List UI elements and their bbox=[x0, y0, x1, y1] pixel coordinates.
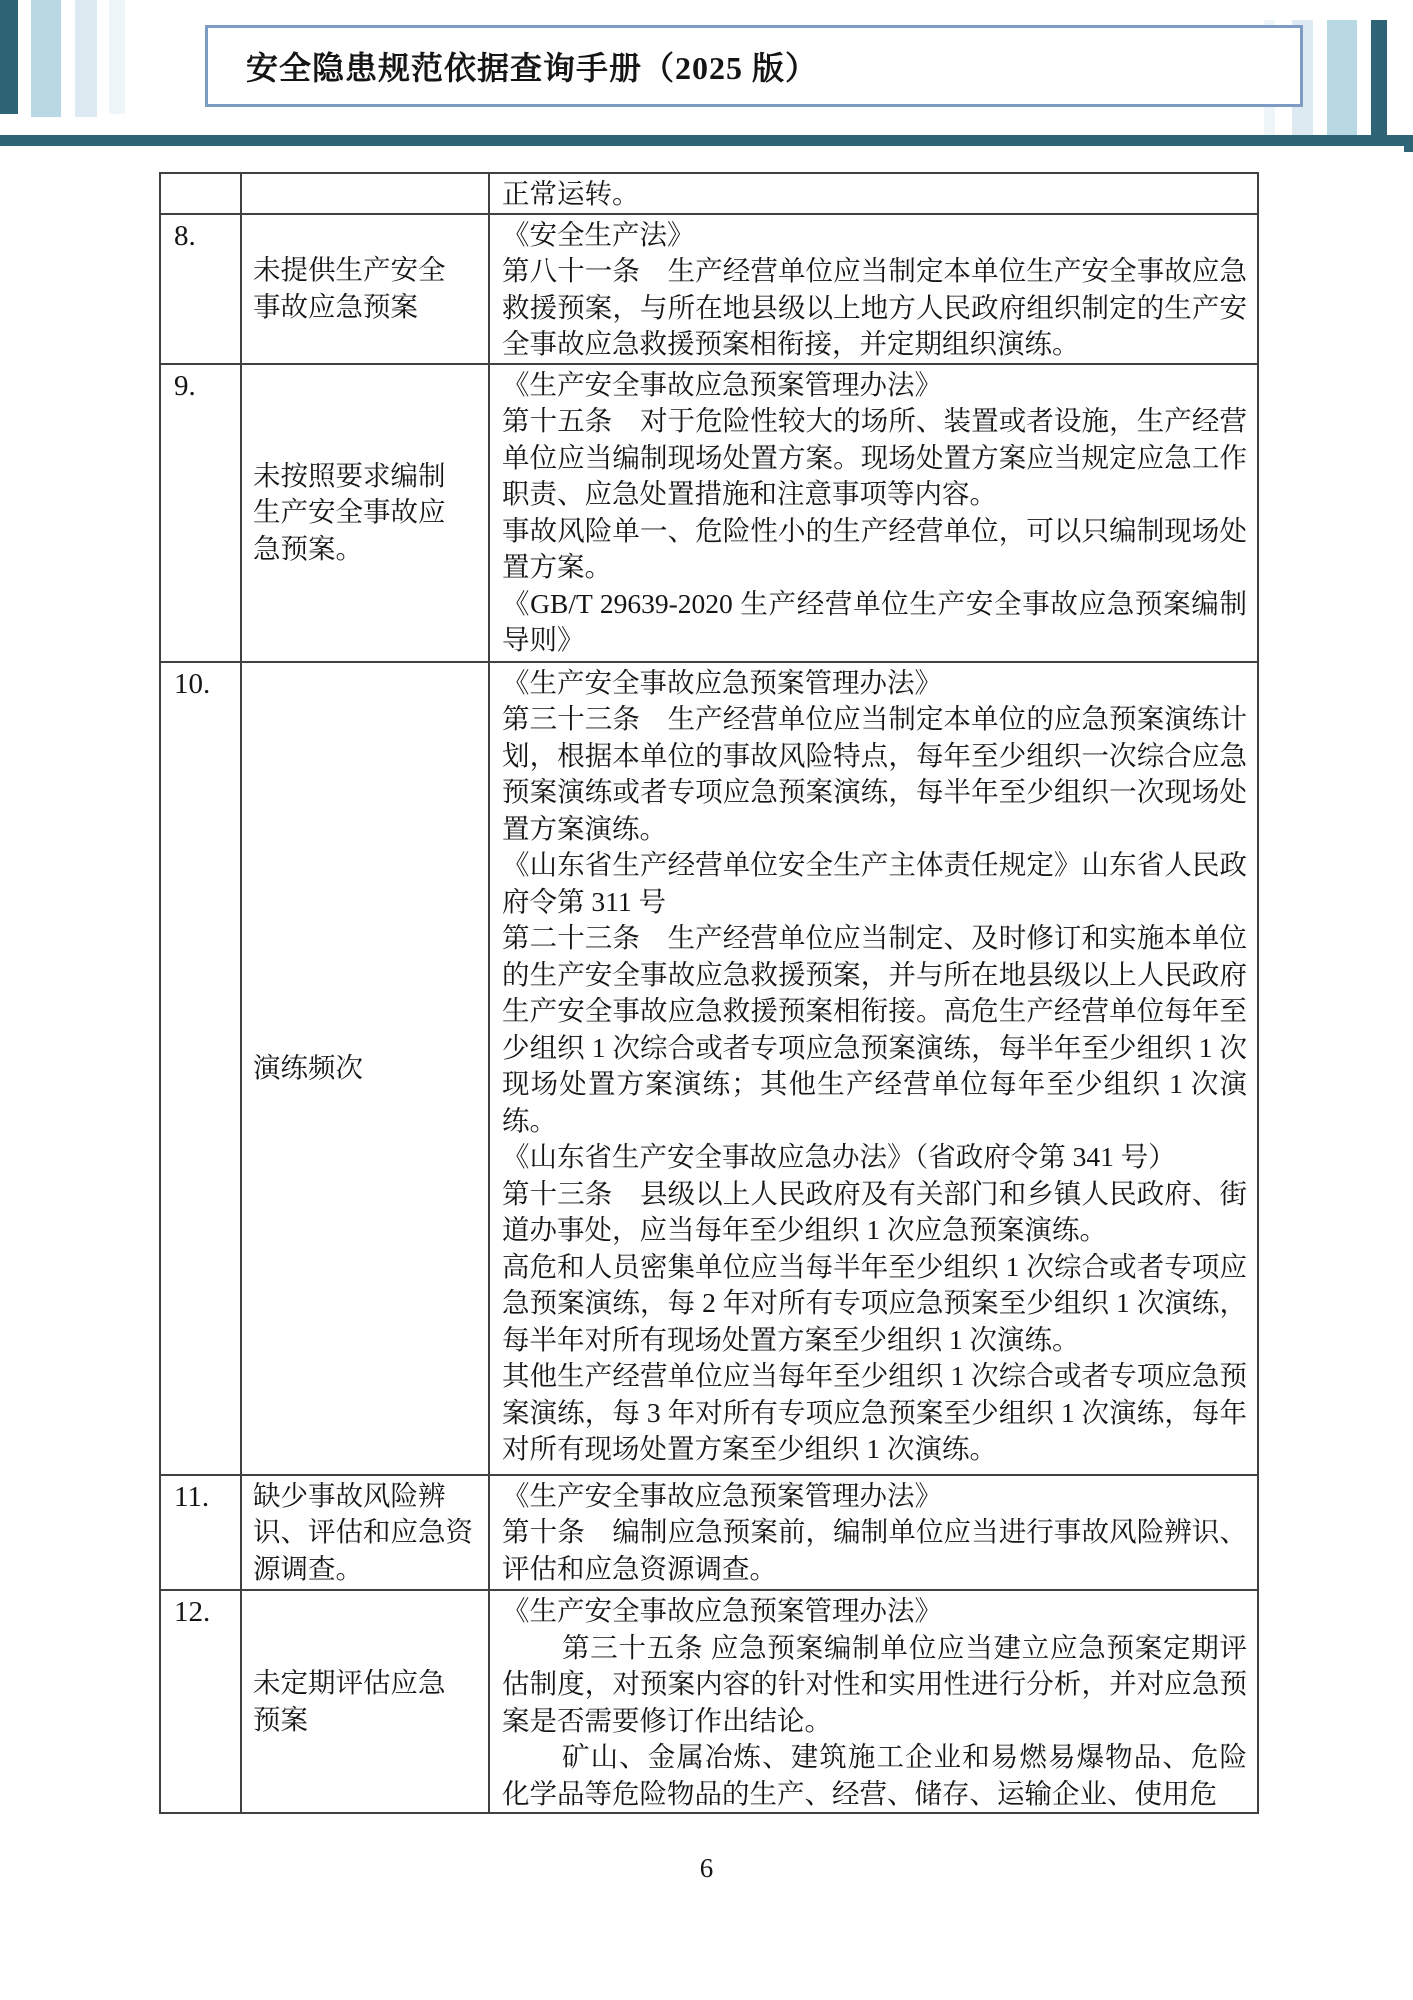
hazard-cell: 未按照要求编制 生产安全事故应 急预案。 bbox=[241, 364, 489, 662]
row-number-cell: 12. bbox=[160, 1590, 241, 1813]
header-title-box: 安全隐患规范依据查询手册（2025 版） bbox=[205, 25, 1303, 107]
basis-paragraph: 《安全生产法》 bbox=[502, 217, 1247, 254]
basis-paragraph: 其他生产经营单位应当每年至少组织 1 次综合或者专项应急预案演练，每 3 年对所… bbox=[502, 1358, 1247, 1468]
basis-paragraph: 《山东省生产安全事故应急办法》（省政府令第 341 号） bbox=[502, 1139, 1247, 1176]
basis-paragraph: 第三十五条 应急预案编制单位应当建立应急预案定期评估制度，对预案内容的针对性和实… bbox=[502, 1630, 1247, 1740]
basis-paragraph: 《GB/T 29639-2020 生产经营单位生产安全事故应急预案编制导则》 bbox=[502, 586, 1247, 659]
deco-stripe-lightblue-left bbox=[75, 0, 97, 117]
table-row: 12. 未定期评估应急 预案 《生产安全事故应急预案管理办法》 第三十五条 应急… bbox=[160, 1590, 1258, 1813]
deco-stripe-teal-right bbox=[1371, 20, 1387, 135]
deco-stripe-blue-right bbox=[1327, 20, 1357, 135]
basis-paragraph: 《生产安全事故应急预案管理办法》 bbox=[502, 1593, 1247, 1630]
row-number-cell: 9. bbox=[160, 364, 241, 662]
basis-paragraph: 《生产安全事故应急预案管理办法》 bbox=[502, 367, 1247, 404]
table-row: 9. 未按照要求编制 生产安全事故应 急预案。 《生产安全事故应急预案管理办法》… bbox=[160, 364, 1258, 662]
deco-stripe-faint-left bbox=[109, 0, 125, 114]
basis-paragraph: 高危和人员密集单位应当每半年至少组织 1 次综合或者专项应急预案演练，每 2 年… bbox=[502, 1249, 1247, 1359]
row-number-cell: 8. bbox=[160, 214, 241, 364]
basis-cell: 《生产安全事故应急预案管理办法》 第十五条 对于危险性较大的场所、装置或者设施，… bbox=[489, 364, 1258, 662]
regulation-table: 正常运转。 8. 未提供生产安全 事故应急预案 《安全生产法》 第八十一条 生产… bbox=[159, 172, 1259, 1814]
page-number: 6 bbox=[0, 1853, 1413, 1884]
hazard-cell: 未提供生产安全 事故应急预案 bbox=[241, 214, 489, 364]
deco-horizontal-bar-notch bbox=[1404, 146, 1413, 152]
hazard-cell bbox=[241, 173, 489, 214]
basis-paragraph: 第二十三条 生产经营单位应当制定、及时修订和实施本单位的生产安全事故应急救援预案… bbox=[502, 920, 1247, 1139]
hazard-cell: 缺少事故风险辨 识、评估和应急资 源调查。 bbox=[241, 1475, 489, 1591]
hazard-cell: 演练频次 bbox=[241, 662, 489, 1475]
deco-horizontal-bar bbox=[0, 135, 1413, 146]
basis-paragraph: 第八十一条 生产经营单位应当制定本单位生产安全事故应急救援预案，与所在地县级以上… bbox=[502, 253, 1247, 363]
page-title: 安全隐患规范依据查询手册（2025 版） bbox=[208, 43, 818, 89]
basis-cell: 正常运转。 bbox=[489, 173, 1258, 214]
deco-stripe-blue-left bbox=[31, 0, 61, 117]
basis-cell: 《生产安全事故应急预案管理办法》 第三十三条 生产经营单位应当制定本单位的应急预… bbox=[489, 662, 1258, 1475]
basis-cell: 《生产安全事故应急预案管理办法》 第十条 编制应急预案前，编制单位应当进行事故风… bbox=[489, 1475, 1258, 1591]
table-row: 10. 演练频次 《生产安全事故应急预案管理办法》 第三十三条 生产经营单位应当… bbox=[160, 662, 1258, 1475]
document-page: 安全隐患规范依据查询手册（2025 版） 正常运转。 8. 未提供生产安全 事故… bbox=[0, 0, 1413, 2000]
basis-paragraph: 《山东省生产经营单位安全生产主体责任规定》山东省人民政府令第 311 号 bbox=[502, 847, 1247, 920]
basis-paragraph: 第十条 编制应急预案前，编制单位应当进行事故风险辨识、评估和应急资源调查。 bbox=[502, 1514, 1247, 1587]
row-number-cell: 11. bbox=[160, 1475, 241, 1591]
basis-cell: 《生产安全事故应急预案管理办法》 第三十五条 应急预案编制单位应当建立应急预案定… bbox=[489, 1590, 1258, 1813]
basis-paragraph: 矿山、金属冶炼、建筑施工企业和易燃易爆物品、危险化学品等危险物品的生产、经营、储… bbox=[502, 1739, 1247, 1812]
hazard-cell: 未定期评估应急 预案 bbox=[241, 1590, 489, 1813]
basis-paragraph: 事故风险单一、危险性小的生产经营单位，可以只编制现场处置方案。 bbox=[502, 513, 1247, 586]
basis-paragraph: 《生产安全事故应急预案管理办法》 bbox=[502, 665, 1247, 702]
table-row: 正常运转。 bbox=[160, 173, 1258, 214]
basis-paragraph: 《生产安全事故应急预案管理办法》 bbox=[502, 1478, 1247, 1515]
row-number-cell: 10. bbox=[160, 662, 241, 1475]
table-row: 8. 未提供生产安全 事故应急预案 《安全生产法》 第八十一条 生产经营单位应当… bbox=[160, 214, 1258, 364]
basis-paragraph: 第十五条 对于危险性较大的场所、装置或者设施，生产经营单位应当编制现场处置方案。… bbox=[502, 403, 1247, 513]
basis-paragraph: 第十三条 县级以上人民政府及有关部门和乡镇人民政府、街道办事处，应当每年至少组织… bbox=[502, 1176, 1247, 1249]
basis-paragraph: 正常运转。 bbox=[502, 176, 1247, 213]
basis-cell: 《安全生产法》 第八十一条 生产经营单位应当制定本单位生产安全事故应急救援预案，… bbox=[489, 214, 1258, 364]
table-row: 11. 缺少事故风险辨 识、评估和应急资 源调查。 《生产安全事故应急预案管理办… bbox=[160, 1475, 1258, 1591]
row-number-cell bbox=[160, 173, 241, 214]
deco-stripe-teal-left bbox=[0, 0, 18, 114]
basis-paragraph: 第三十三条 生产经营单位应当制定本单位的应急预案演练计划，根据本单位的事故风险特… bbox=[502, 701, 1247, 847]
